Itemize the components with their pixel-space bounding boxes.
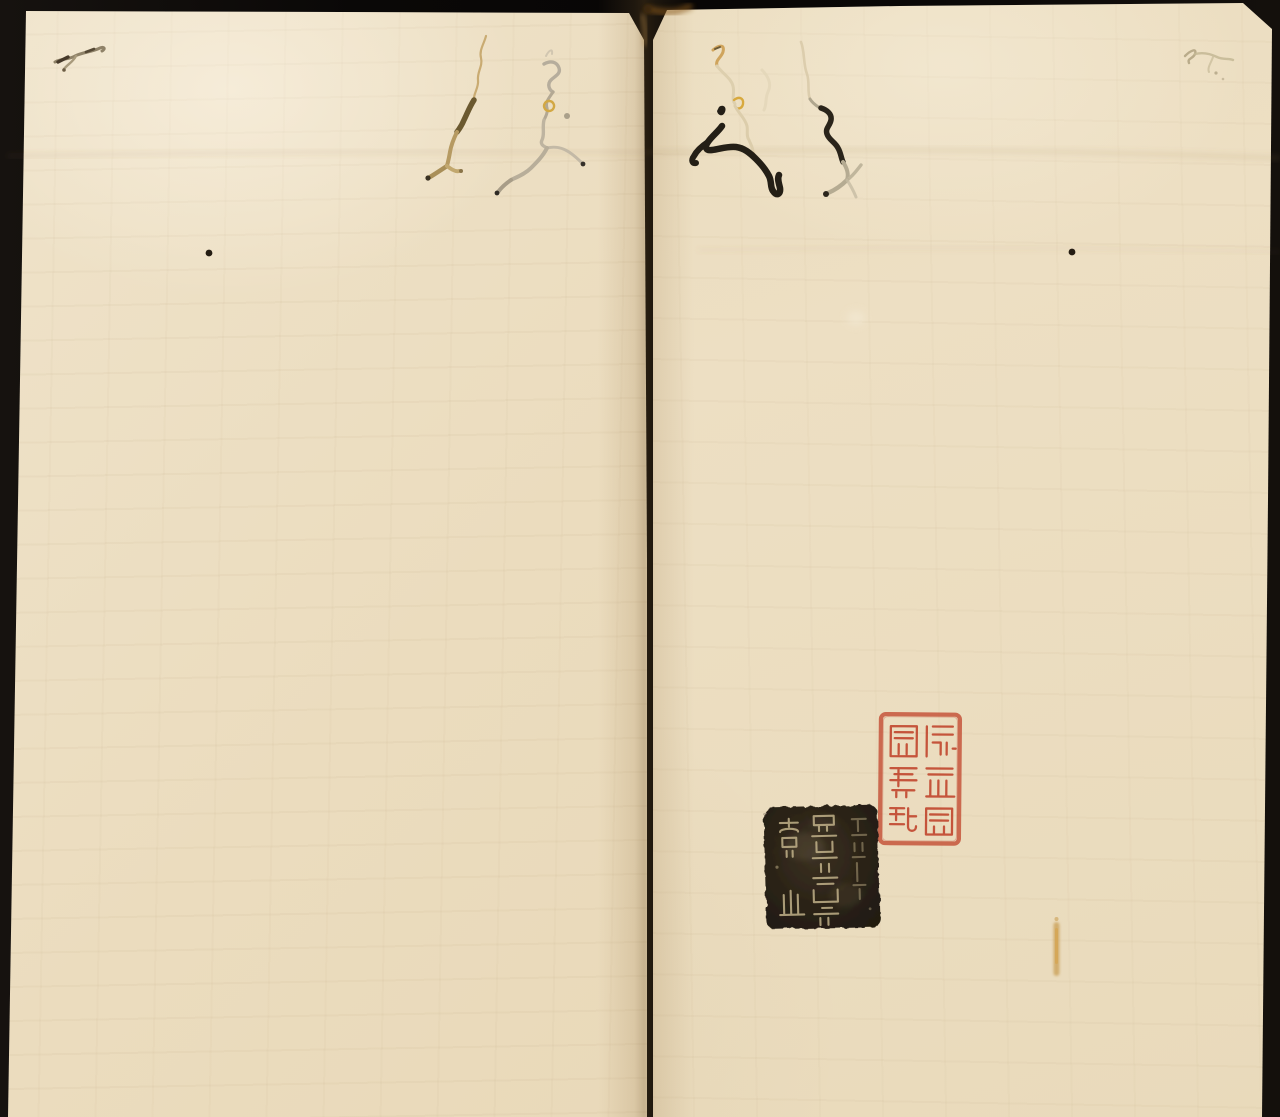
book-scan xyxy=(0,0,1280,1117)
